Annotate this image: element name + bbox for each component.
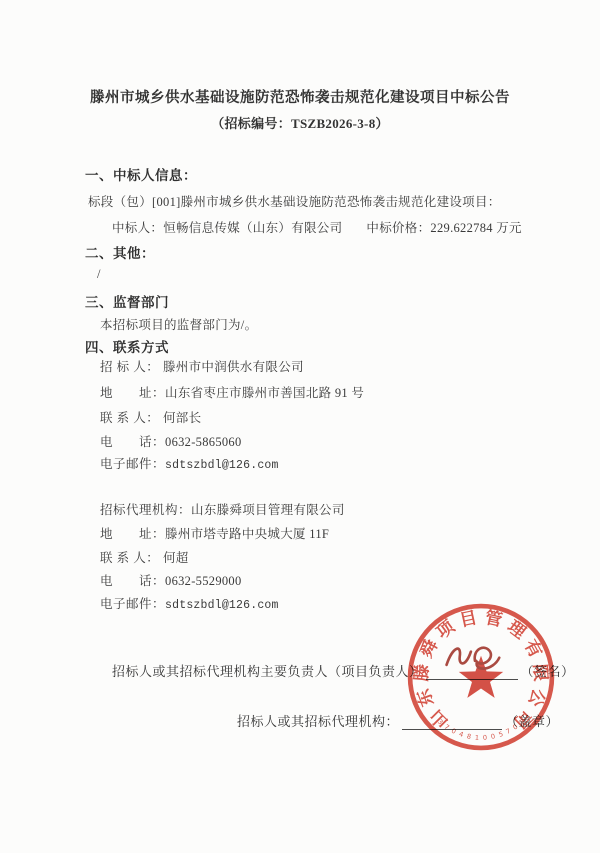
tenderer-name-row: 招 标 人：滕州市中润供水有限公司 [100,357,304,375]
seal-number-digit: 1 [475,734,480,742]
seal-number-digit: 4 [458,730,465,739]
company-seal: 山东滕舜项目管理有限公司 370481005701 [404,600,558,754]
tenderer-name-value: 滕州市中润供水有限公司 [163,360,304,374]
section-heading-other: 二、其他： [85,242,155,262]
agent-phone-row: 电 话：0632-5529000 [100,571,242,589]
price-value: 229.622784 万元 [430,221,521,235]
agent-email-value: sdtszbdl@126.com [165,599,279,612]
agent-name-label: 招标代理机构： [100,500,191,518]
tenderer-name-label: 招 标 人： [100,357,163,375]
winner-label: 中标人： [112,221,163,235]
tenderer-phone-value: 0632-5865060 [165,435,242,449]
handwritten-signature [447,648,500,669]
winner-name: 恒畅信息传媒（山东）有限公司 [163,221,342,235]
tenderer-email-row: 电子邮件：sdtszbdl@126.com [100,454,279,472]
project-leader-signature-label: 招标人或其招标代理机构主要负责人（项目负责人） [112,664,423,679]
seal-number-digit: 0 [450,727,457,736]
tenderer-email-value: sdtszbdl@126.com [165,459,279,472]
tenderer-phone-row: 电 话：0632-5865060 [100,432,242,450]
seal-number-digit: 0 [490,732,496,741]
agent-email-label: 电子邮件： [100,594,165,612]
agent-address-value: 滕州市塔寺路中央城大厦 11F [165,527,329,541]
agent-name-value: 山东滕舜项目管理有限公司 [191,503,345,517]
agent-email-row: 电子邮件：sdtszbdl@126.com [100,594,279,612]
agent-contact-person-value: 何超 [163,551,189,565]
agent-name-row: 招标代理机构：山东滕舜项目管理有限公司 [100,500,345,518]
seal-number-digit: 0 [483,734,488,742]
other-content: / [97,267,101,282]
seal-company-char: 限 [530,663,550,682]
price-label: 中标价格： [366,221,430,235]
agent-phone-value: 0632-5529000 [165,574,242,588]
section-heading-supervision: 三、监督部门 [85,291,169,311]
seal-company-char: 目 [458,608,479,630]
seal-company-char: 滕 [411,663,432,682]
tender-number-subtitle: （招标编号：TSZB2026-3-8） [0,113,600,132]
section-heading-contact: 四、联系方式 [85,336,169,356]
page-title: 滕州市城乡供水基础设施防范恐怖袭击规范化建设项目中标公告 [0,86,600,107]
tenderer-contact-person-value: 何部长 [163,411,201,425]
tenderer-contact-person-row: 联 系 人：何部长 [100,408,201,426]
tenderer-contact-person-label: 联 系 人： [100,408,163,426]
tenderer-email-label: 电子邮件： [100,454,165,472]
winner-and-price-line: 中标人：恒畅信息传媒（山东）有限公司中标价格：229.622784 万元 [112,218,522,236]
agent-address-row: 地 址：滕州市塔寺路中央城大厦 11F [100,524,329,542]
tenderer-address-label: 地 址： [100,383,165,401]
announcement-document: 滕州市城乡供水基础设施防范恐怖袭击规范化建设项目中标公告 （招标编号：TSZB2… [0,0,600,853]
agent-contact-person-row: 联 系 人：何超 [100,548,189,566]
tenderer-phone-label: 电 话： [100,432,165,450]
lot-description: 标段（包）[001]滕州市城乡供水基础设施防范恐怖袭击规范化建设项目： [88,192,501,210]
seal-number-digit: 5 [498,730,505,739]
agent-contact-person-label: 联 系 人： [100,548,163,566]
seal-company-char: 管 [483,607,504,630]
agent-address-label: 地 址： [100,524,165,542]
supervision-content: 本招标项目的监督部门为/。 [100,315,257,333]
seal-number-digit: 7 [505,727,512,736]
tenderer-address-row: 地 址：山东省枣庄市滕州市善国北路 91 号 [100,383,364,401]
section-heading-winner-info: 一、中标人信息： [85,164,197,184]
seal-number-digit: 8 [466,732,472,741]
agent-phone-label: 电 话： [100,571,165,589]
agency-seal-label: 招标人或其招标代理机构： [237,714,399,729]
tenderer-address-value: 山东省枣庄市滕州市善国北路 91 号 [165,386,364,400]
